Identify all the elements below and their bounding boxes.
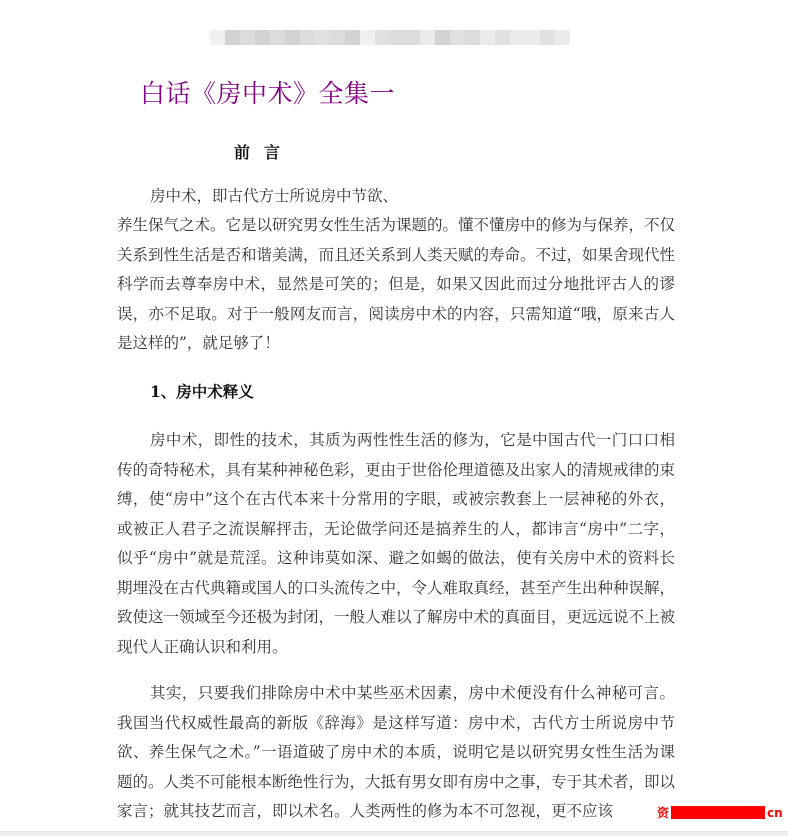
preface-heading: 前言 xyxy=(234,140,294,163)
blur-cell xyxy=(330,30,345,45)
watermark-redaction-block xyxy=(671,806,765,819)
blur-cell xyxy=(225,30,240,45)
blur-cell xyxy=(420,30,435,45)
blur-cell xyxy=(435,30,450,45)
blur-cell xyxy=(210,30,225,45)
preface-paragraph: 养生保气之术。它是以研究男女性生活为课题的。懂不懂房中的修为与保养，不仅关系到性… xyxy=(117,211,675,359)
document-title: 白话《房中术》全集一 xyxy=(140,74,395,110)
blurred-header-bar xyxy=(210,30,570,45)
blur-cell xyxy=(540,30,555,45)
section1-paragraph-2: 其实，只要我们排除房中术中某些巫术因素，房中术便没有什么神秘可言。我国当代权威性… xyxy=(117,679,675,827)
bottom-scroll-strip xyxy=(0,831,788,836)
blur-cell xyxy=(390,30,405,45)
blur-cell xyxy=(240,30,255,45)
blur-cell xyxy=(495,30,510,45)
blur-cell xyxy=(255,30,270,45)
blur-cell xyxy=(450,30,465,45)
section1-paragraph-1: 房中术，即性的技术，其质为两性性生活的修为，它是中国古代一门口口相传的奇特秘术，… xyxy=(117,426,675,662)
blur-cell xyxy=(360,30,375,45)
blur-cell xyxy=(345,30,360,45)
blur-cell xyxy=(510,30,525,45)
blur-cell xyxy=(555,30,570,45)
blur-cell xyxy=(300,30,315,45)
blur-cell xyxy=(405,30,420,45)
section-heading-1: 1、房中术释义 xyxy=(150,380,254,402)
watermark-suffix: cn xyxy=(767,806,783,820)
blur-cell xyxy=(375,30,390,45)
blur-cell xyxy=(285,30,300,45)
blur-cell xyxy=(465,30,480,45)
blur-cell xyxy=(270,30,285,45)
blur-cell xyxy=(315,30,330,45)
blur-cell xyxy=(480,30,495,45)
watermark-prefix: 资 xyxy=(657,804,669,821)
blur-cell xyxy=(525,30,540,45)
preface-first-line: 房中术，即古代方士所说房中节欲、 xyxy=(117,182,675,212)
watermark: 资 cn xyxy=(657,805,783,820)
